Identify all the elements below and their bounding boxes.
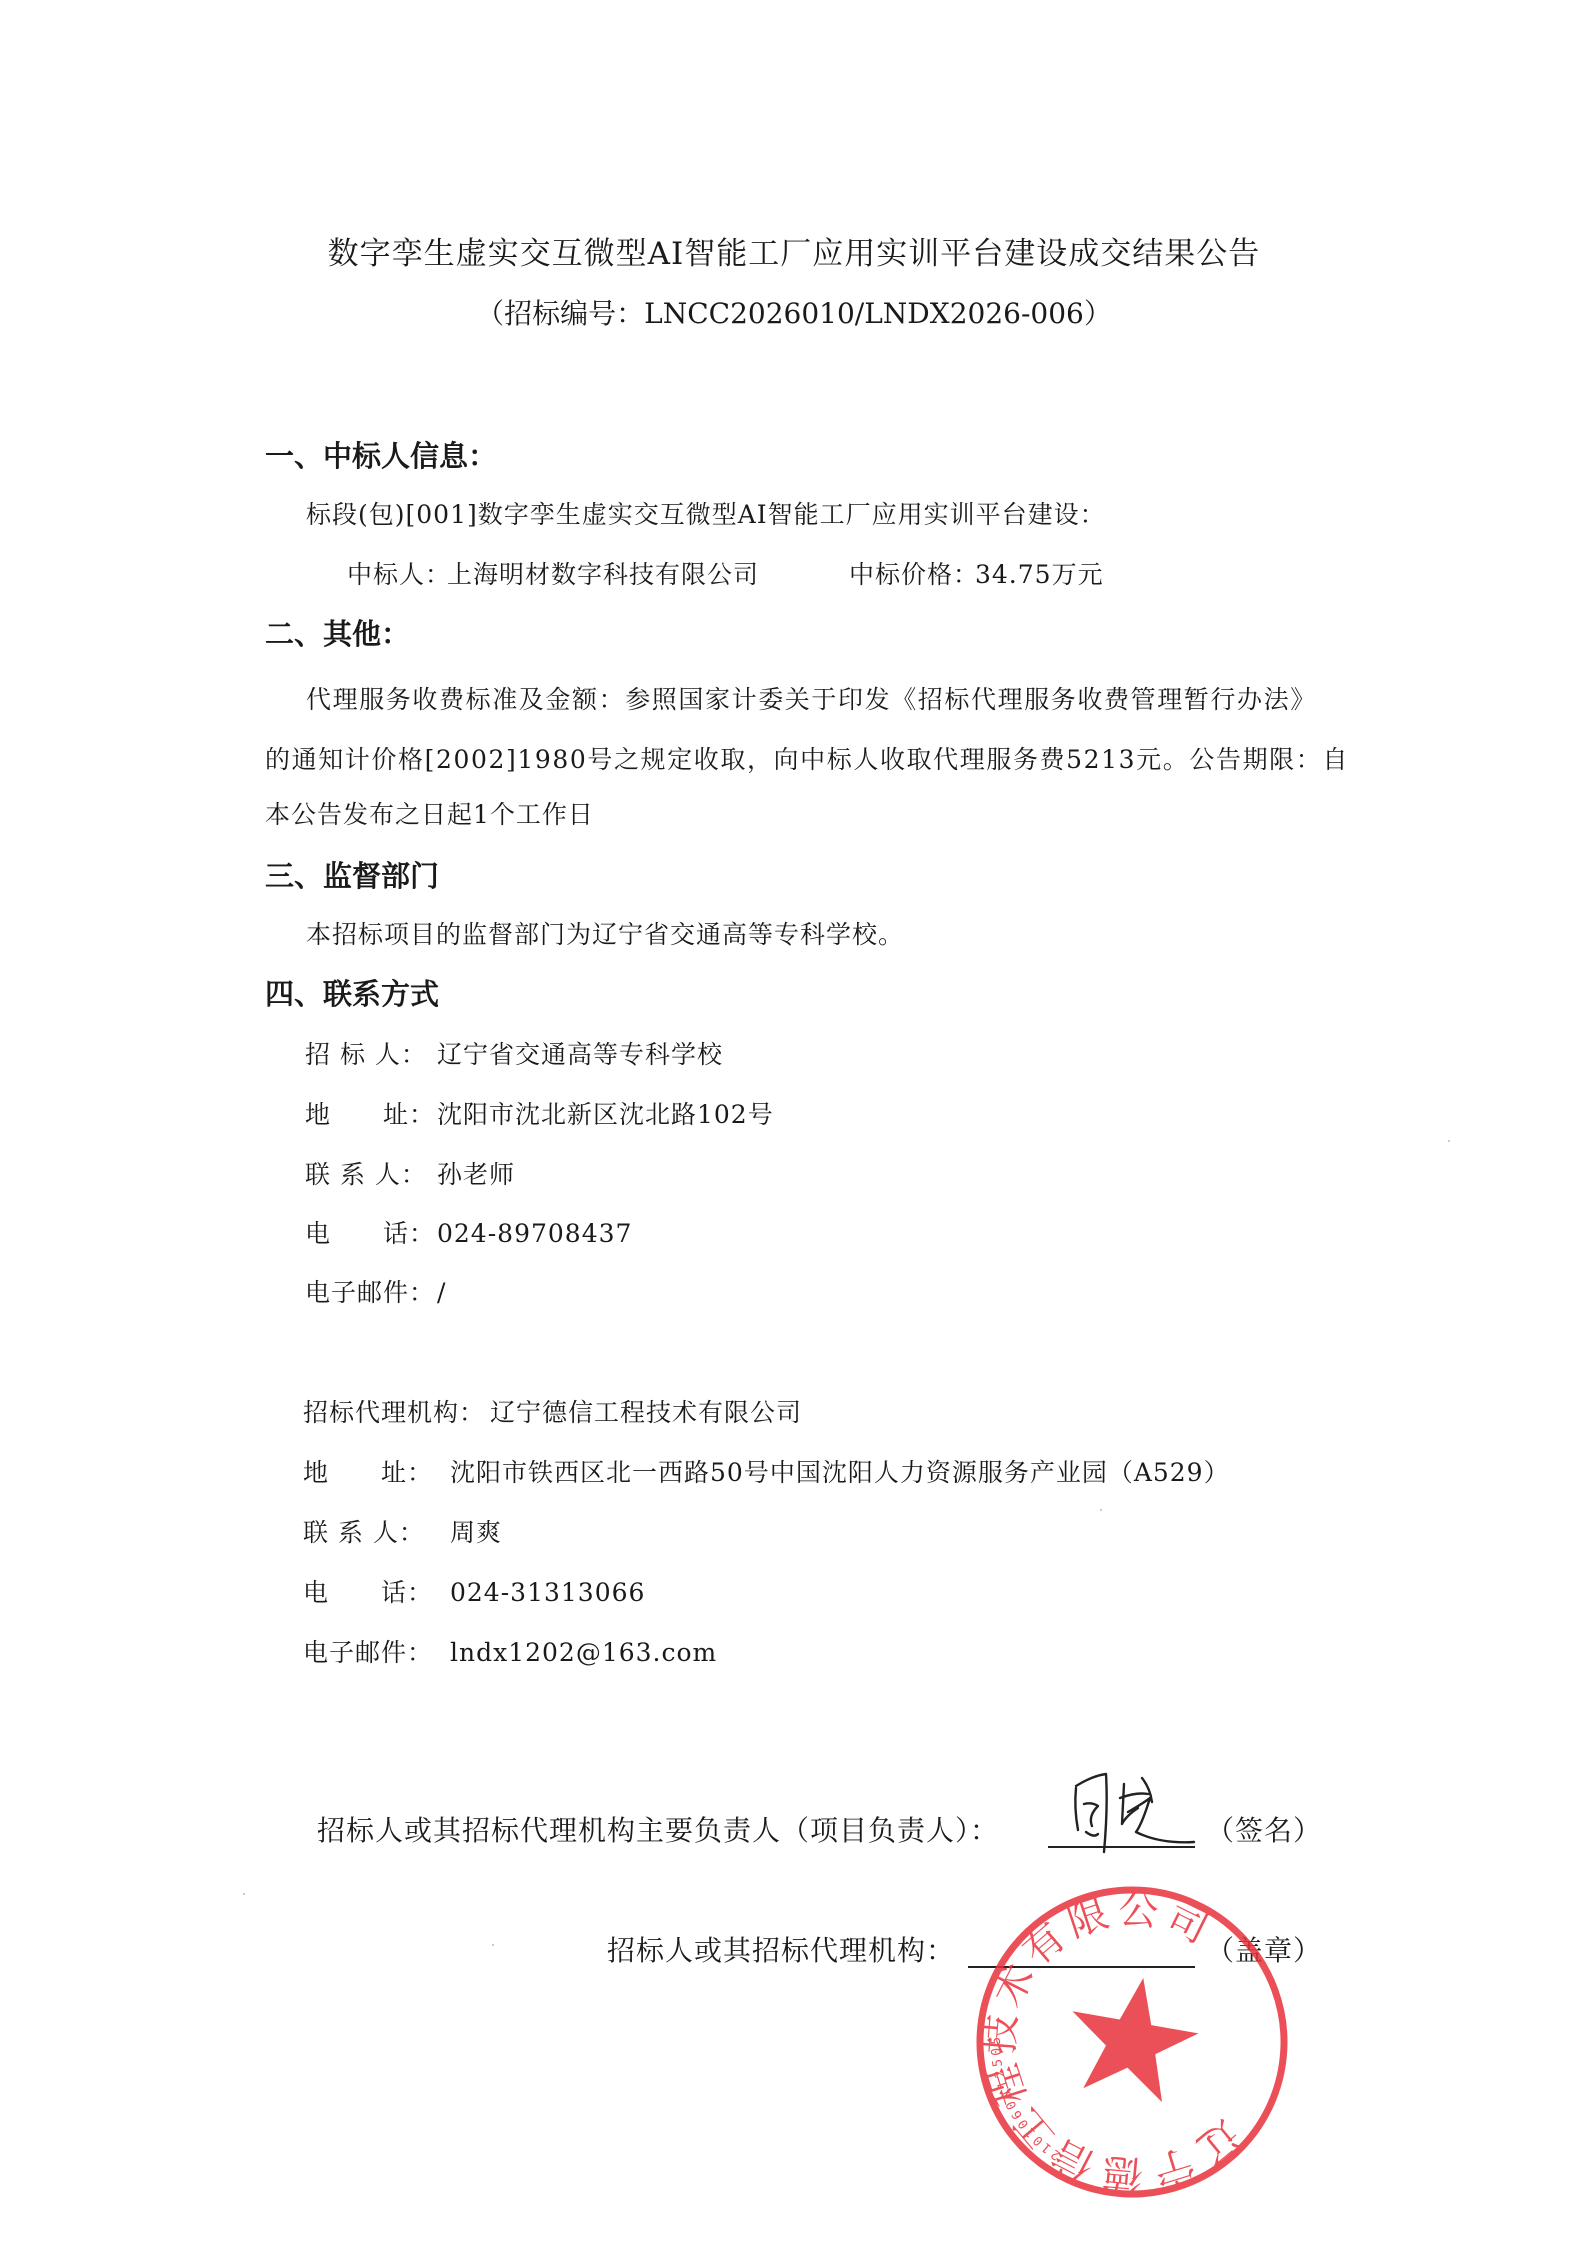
- agency-address-label: 地 址：: [303, 1460, 433, 1485]
- winner-name: 上海明材数字科技有限公司: [447, 562, 759, 587]
- tenderer-phone-value: 024-89708437: [437, 1221, 632, 1246]
- tenderer-value: 辽宁省交通高等专科学校: [437, 1042, 723, 1067]
- signature-suffix: （签名）: [1206, 1817, 1322, 1845]
- section-heading-contact: 四、联系方式: [265, 980, 439, 1009]
- agency-value: 辽宁德信工程技术有限公司: [490, 1400, 802, 1425]
- tenderer-contact-label: 联 系 人：: [305, 1162, 427, 1187]
- agency-address-value: 沈阳市铁西区北一西路50号中国沈阳人力资源服务产业园（A529）: [450, 1460, 1230, 1485]
- scan-speck: [492, 1944, 494, 1946]
- scan-speck: [1448, 1140, 1450, 1142]
- organization-label: 招标人或其招标代理机构：: [607, 1937, 955, 1965]
- agency-contact-label: 联 系 人：: [303, 1520, 425, 1545]
- scan-speck: [1100, 1509, 1102, 1511]
- tender-number: （招标编号：LNCC2026010/LNDX2026-006）: [0, 300, 1588, 328]
- agency-phone-value: 024-31313066: [450, 1580, 645, 1605]
- lot-description: 标段(包)[001]数字孪生虚实交互微型AI智能工厂应用实训平台建设：: [306, 502, 1106, 527]
- tenderer-email-value: /: [437, 1280, 446, 1305]
- tenderer-contact-value: 孙老师: [437, 1162, 515, 1187]
- company-seal-stamp: 辽宁德信工程技术有限公司 2101060012505: [972, 1882, 1292, 2202]
- scan-speck: [243, 1893, 245, 1895]
- winning-price: 34.75万元: [975, 562, 1104, 587]
- agency-phone-label: 电 话：: [303, 1580, 433, 1605]
- star-icon: [1060, 1967, 1207, 2106]
- tenderer-address-label: 地 址：: [305, 1102, 435, 1127]
- agency-contact-value: 周爽: [450, 1520, 502, 1545]
- tenderer-phone-label: 电 话：: [305, 1221, 435, 1246]
- section-heading-winner-info: 一、中标人信息：: [265, 442, 497, 471]
- section-heading-other: 二、其他：: [265, 620, 410, 649]
- agency-fee-paragraph-line-1: 代理服务收费标准及金额：参照国家计委关于印发《招标代理服务收费管理暂行办法》: [306, 687, 1317, 712]
- price-label: 中标价格：: [849, 562, 979, 587]
- agency-email-value: lndx1202@163.com: [450, 1640, 717, 1665]
- agency-fee-paragraph-line-2: 的通知计价格[2002]1980号之规定收取，向中标人收取代理服务费5213元。…: [265, 747, 1349, 772]
- section-heading-supervision: 三、监督部门: [265, 862, 439, 891]
- document-title: 数字孪生虚实交互微型AI智能工厂应用实训平台建设成交结果公告: [0, 239, 1588, 270]
- tenderer-label: 招 标 人：: [305, 1042, 427, 1067]
- tenderer-email-label: 电子邮件：: [305, 1280, 435, 1305]
- agency-email-label: 电子邮件：: [303, 1640, 433, 1665]
- agency-fee-paragraph-line-3: 本公告发布之日起1个工作日: [265, 802, 594, 827]
- responsible-person-label: 招标人或其招标代理机构主要负责人（项目负责人）：: [317, 1817, 999, 1845]
- supervision-text: 本招标项目的监督部门为辽宁省交通高等专科学校。: [306, 922, 904, 947]
- handwritten-signature: [1062, 1768, 1202, 1858]
- agency-label: 招标代理机构：: [303, 1400, 485, 1425]
- tenderer-address-value: 沈阳市沈北新区沈北路102号: [437, 1102, 774, 1127]
- winner-label: 中标人：: [347, 562, 451, 587]
